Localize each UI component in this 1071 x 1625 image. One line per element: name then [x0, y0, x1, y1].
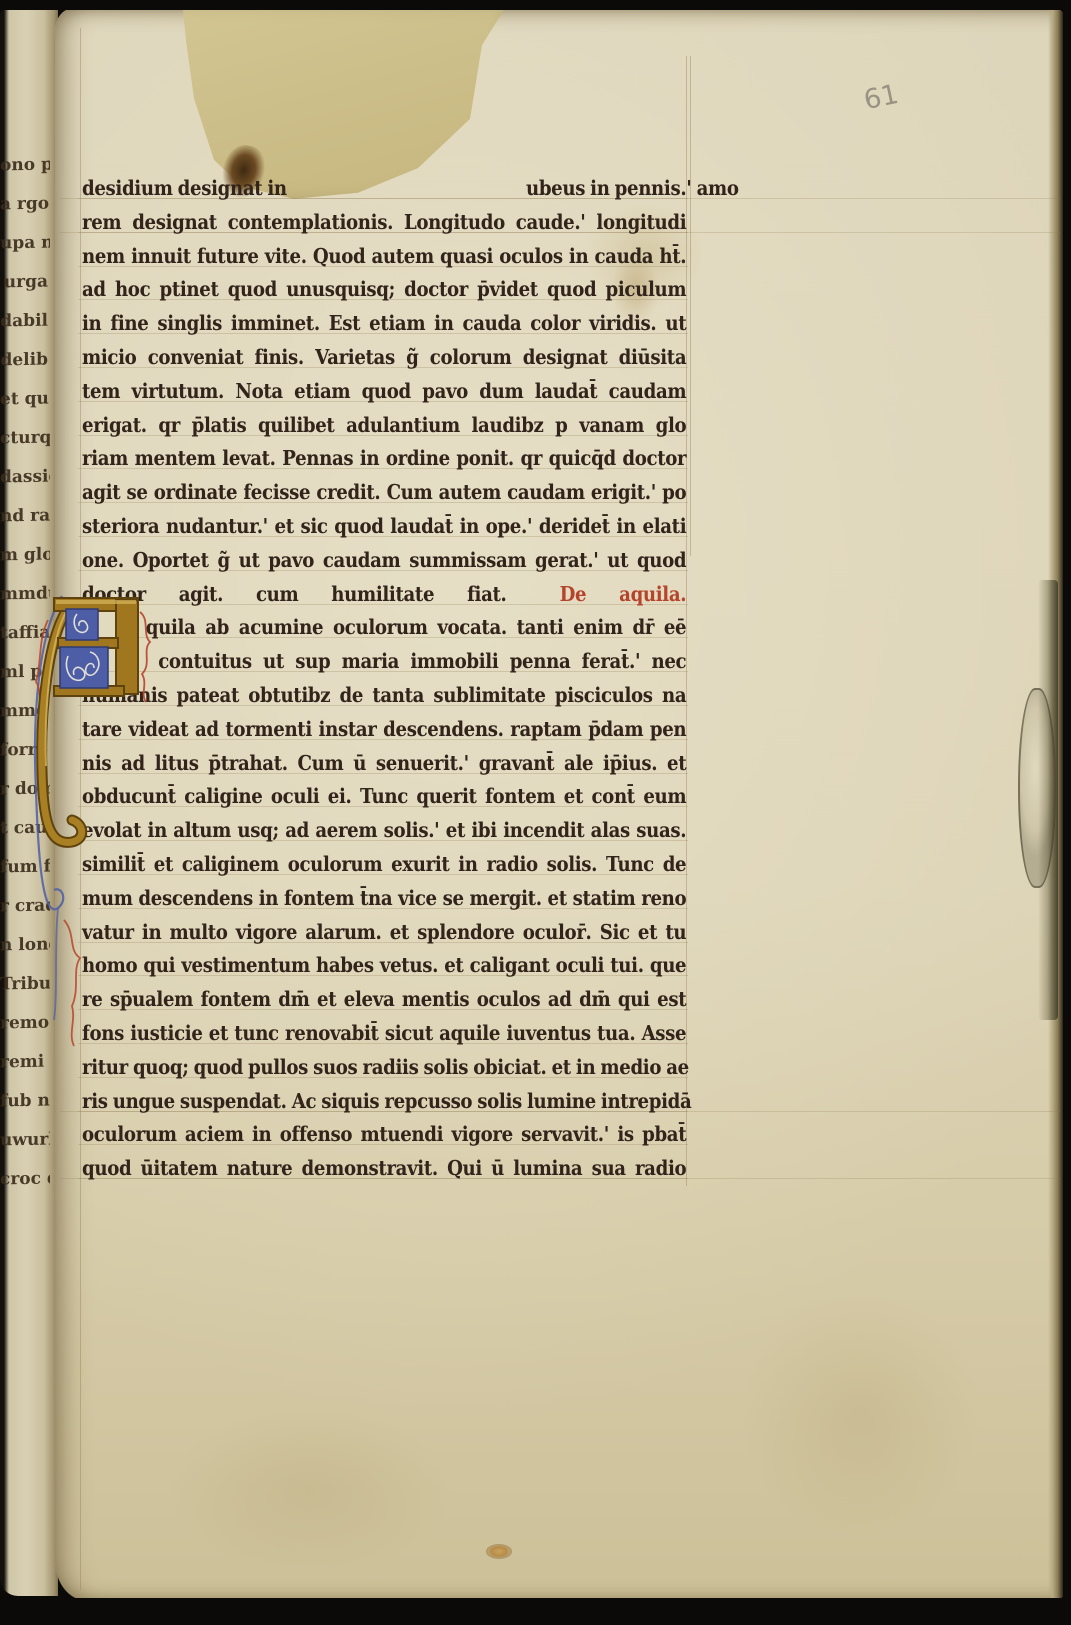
text-segment: one. Oportet g̃ ut pavo caudam summissam… [82, 548, 686, 572]
text-line: contuitus ut sup maria immobili penna fe… [82, 645, 686, 679]
text-segment: fons iusticie et tunc renovabit̄ sicut a… [82, 1021, 686, 1045]
photo-border-bottom [0, 1598, 1071, 1625]
gutter-text-fragment: uwurli [0, 1121, 50, 1161]
text-line: similit̄ et caliginem oculorum exurit in… [82, 848, 686, 882]
rubric-text: De aquila. [560, 582, 687, 606]
text-segment: steriora nudantur.' et sic quod laudat̄ … [82, 514, 686, 538]
illuminated-initial-A [28, 590, 168, 1070]
text-segment: quila ab acumine oculorum vocata. tanti … [146, 615, 686, 639]
photo-border-right [1063, 0, 1071, 1625]
text-segment: desidium designat in [82, 176, 287, 200]
text-line: humanis pateat obtutibz de tanta sublimi… [82, 679, 686, 713]
text-line: ad hoc ptinet quod unusquisq; doctor p̄v… [82, 273, 686, 307]
text-line: vatur in multo vigore alarum. et splendo… [82, 916, 686, 950]
text-segment: ad hoc ptinet quod unusquisq; doctor p̄v… [82, 277, 686, 301]
text-line: ris ungue suspendat. Ac siquis repcusso … [82, 1085, 686, 1119]
gutter-text-fragment: et qu [0, 380, 50, 420]
text-segment: ritur quoq; quod pullos suos radiis soli… [82, 1055, 689, 1079]
text-segment: in fine singlis imminet. Est etiam in ca… [82, 311, 686, 335]
page-holder-clip [1018, 688, 1056, 888]
ruled-line-vertical [690, 56, 691, 556]
gutter-text-fragment: ono pe [0, 146, 50, 185]
text-segment: oculorum aciem in offenso mtuendi vigore… [82, 1122, 686, 1146]
parchment-spot [486, 1544, 512, 1559]
text-line: nem innuit future vite. Quod autem quasi… [82, 240, 686, 274]
text-line: rem designat contemplationis. Longitudo … [82, 206, 686, 240]
text-segment: vatur in multo vigore alarum. et splendo… [82, 920, 686, 944]
patch-gap [287, 194, 526, 195]
text-segment: similit̄ et caliginem oculorum exurit in… [82, 852, 686, 876]
text-segment: micio conveniat finis. Varietas g̃ color… [82, 345, 686, 369]
text-segment: homo qui vestimentum habes vetus. et cal… [82, 953, 686, 977]
text-segment: re sp̄ualem fontem dm̄ et eleva mentis o… [82, 987, 686, 1011]
gutter-text-fragment: a rgo [0, 185, 50, 225]
gutter-text-fragment: croc deli [0, 1160, 50, 1199]
text-segment: erigat. qr p̄latis quilibet adulantium l… [82, 413, 686, 437]
text-line: fons iusticie et tunc renovabit̄ sicut a… [82, 1017, 686, 1051]
text-line: oculorum aciem in offenso mtuendi vigore… [82, 1118, 686, 1152]
gutter-text-fragment: nd ranu [0, 497, 50, 537]
text-line: nis ad litus p̄trahat. Cum ū senuerit.' … [82, 747, 686, 781]
text-segment: nis ad litus p̄trahat. Cum ū senuerit.' … [82, 751, 686, 775]
text-line: obducunt̄ caligine oculi ei. Tunc querit… [82, 780, 686, 814]
text-segment: evolat in altum usq; ad aerem solis.' et… [82, 818, 686, 842]
text-block: desidium designat inubeus in pennis.' am… [82, 172, 686, 1186]
gutter-text-fragment: upa ni [0, 224, 50, 264]
text-line: re sp̄ualem fontem dm̄ et eleva mentis o… [82, 983, 686, 1017]
gutter-text-fragment: m gloq [0, 536, 50, 576]
text-line: agit se ordinate fecisse credit. Cum aut… [82, 476, 686, 510]
text-segment: tem virtutum. Nota etiam quod pavo dum l… [82, 379, 686, 403]
text-segment: agit se ordinate fecisse credit. Cum aut… [82, 480, 686, 504]
text-segment: obducunt̄ caligine oculi ei. Tunc querit… [82, 784, 686, 808]
text-segment: humanis pateat obtutibz de tanta sublimi… [82, 683, 686, 707]
text-line: quod ūitatem nature demonstravit. Qui ū … [82, 1152, 686, 1186]
manuscript-photo: ono pea rgoupa niurgadabildelibet quctur… [0, 0, 1071, 1625]
text-line: erigat. qr p̄latis quilibet adulantium l… [82, 409, 686, 443]
text-segment: mum descendens in fontem t̄na vice se me… [82, 886, 686, 910]
text-line: homo qui vestimentum habes vetus. et cal… [82, 949, 686, 983]
text-line: steriora nudantur.' et sic quod laudat̄ … [82, 510, 686, 544]
text-line: ritur quoq; quod pullos suos radiis soli… [82, 1051, 686, 1085]
text-segment: riam mentem levat. Pennas in ordine poni… [82, 446, 686, 470]
photo-border-top [0, 0, 1071, 10]
text-line: riam mentem levat. Pennas in ordine poni… [82, 442, 686, 476]
patch-gap [506, 600, 559, 601]
text-line: evolat in altum usq; ad aerem solis.' et… [82, 814, 686, 848]
gutter-text-fragment: dassid [0, 458, 50, 498]
text-segment: contuitus ut sup maria immobili penna fe… [158, 649, 686, 673]
text-line: in fine singlis imminet. Est etiam in ca… [82, 307, 686, 341]
text-segment: nem innuit future vite. Quod autem quasi… [82, 244, 686, 268]
text-line: micio conveniat finis. Varietas g̃ color… [82, 341, 686, 375]
gutter-text-fragment: delib [0, 341, 50, 381]
text-segment: ubeus in pennis.' amo [526, 176, 739, 200]
text-segment: tare videat ad tormenti instar descenden… [82, 717, 686, 741]
gutter-text-fragment: cturq [0, 419, 50, 459]
gutter-text-fragment: urga [0, 263, 50, 303]
text-line: mum descendens in fontem t̄na vice se me… [82, 882, 686, 916]
text-segment: ris ungue suspendat. Ac siquis repcusso … [82, 1089, 691, 1113]
text-line: desidium designat inubeus in pennis.' am… [82, 172, 686, 206]
text-line: tare videat ad tormenti instar descenden… [82, 713, 686, 747]
text-line: one. Oportet g̃ ut pavo caudam summissam… [82, 544, 686, 578]
gutter-text-fragment: fub nub [0, 1082, 50, 1122]
text-line: doctor agit. cum humilitate fiat.De aqui… [82, 578, 686, 612]
text-line: quila ab acumine oculorum vocata. tanti … [82, 611, 686, 645]
text-segment: quod ūitatem nature demonstravit. Qui ū … [82, 1156, 686, 1180]
text-segment: rem designat contemplationis. Longitudo … [82, 210, 686, 234]
gutter-text-fragment: dabil [0, 302, 50, 342]
text-line: tem virtutum. Nota etiam quod pavo dum l… [82, 375, 686, 409]
